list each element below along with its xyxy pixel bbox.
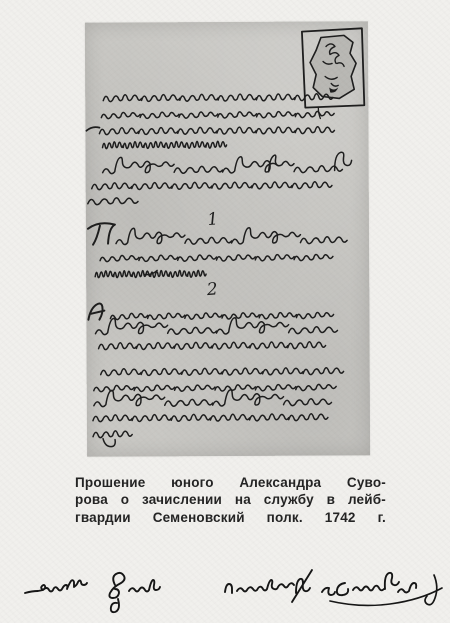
signature-word bbox=[322, 583, 384, 595]
handwriting-line bbox=[88, 198, 138, 205]
handwriting-line bbox=[94, 389, 332, 406]
manuscript-photo: 1 2 bbox=[85, 21, 370, 456]
caption-line: гвардии Семеновский полк. 1742 г. bbox=[75, 509, 386, 526]
book-page: 1 2 bbox=[0, 0, 450, 623]
handwriting-line bbox=[92, 182, 332, 190]
handwriting-line bbox=[94, 384, 336, 391]
handwriting-line bbox=[99, 127, 334, 135]
handwriting-line bbox=[99, 342, 326, 350]
capital-flourish bbox=[86, 127, 99, 131]
handwritten-paragraph bbox=[88, 152, 352, 205]
handwriting-line bbox=[102, 141, 226, 148]
section-number: 1 bbox=[207, 209, 220, 230]
signature-word bbox=[292, 570, 312, 602]
caption-line: рова о зачислении на службу в лейб- bbox=[75, 491, 386, 508]
descender-flourish bbox=[103, 439, 115, 447]
capital-flourish bbox=[88, 223, 115, 245]
signature-word bbox=[385, 573, 416, 593]
handwriting-line bbox=[93, 414, 328, 422]
handwritten-paragraph bbox=[86, 94, 334, 149]
handwriting-line bbox=[110, 312, 333, 319]
signature-word bbox=[109, 573, 160, 612]
handwriting-line bbox=[103, 94, 333, 102]
wax-seal-stamp bbox=[302, 28, 364, 118]
handwriting-line bbox=[101, 368, 344, 376]
signature-word bbox=[225, 580, 294, 593]
handwriting-line bbox=[101, 111, 334, 118]
handwritten-paragraph bbox=[88, 302, 337, 349]
manuscript-handwriting: 1 2 bbox=[85, 21, 370, 456]
signature-autograph bbox=[0, 545, 450, 623]
handwritten-paragraph bbox=[88, 222, 347, 278]
signature-word bbox=[25, 580, 87, 593]
figure-caption: Прошение юного Александра Суво- рова о з… bbox=[75, 474, 386, 526]
signature-tail bbox=[425, 575, 437, 605]
capital-flourish bbox=[88, 304, 104, 320]
handwriting-line bbox=[103, 156, 343, 173]
handwriting-line bbox=[116, 227, 347, 244]
handwriting-line bbox=[100, 254, 333, 261]
section-number: 2 bbox=[205, 279, 218, 300]
caption-line: Прошение юного Александра Суво- bbox=[75, 474, 386, 491]
handwriting-line bbox=[93, 431, 132, 438]
handwriting-line bbox=[95, 317, 337, 334]
handwritten-paragraph bbox=[93, 368, 344, 447]
